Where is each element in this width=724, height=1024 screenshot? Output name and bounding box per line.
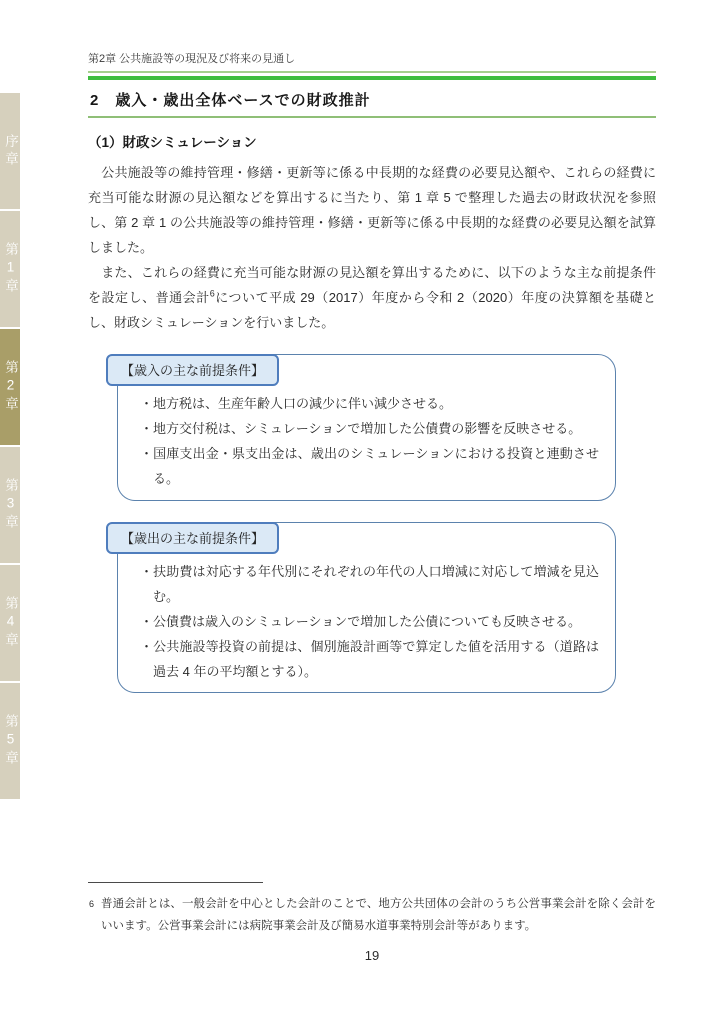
paragraph-1: 公共施設等の維持管理・修繕・更新等に係る中長期的な経費の必要見込額や、これらの経… [88, 160, 656, 260]
subsection-title: （1）財政シミュレーション [88, 131, 656, 151]
sidebar-item-chapter2-active: 第2章 [0, 329, 20, 445]
header-rule-bright [88, 76, 656, 80]
running-header: 第2章 公共施設等の現況及び将来の見通し [88, 50, 656, 66]
footnote: 6普通会計とは、一般会計を中心とした会計のことで、地方公共団体の会計のうち公営事… [88, 882, 656, 937]
expenditure-box-label: 【歳出の主な前提条件】 [106, 522, 279, 554]
sidebar-item-intro: 序章 [0, 93, 20, 209]
chapter-thumb-index: 序章 第1章 第2章 第3章 第4章 第5章 [0, 93, 52, 801]
list-item: ・扶助費は対応する年代別にそれぞれの年代の人口増減に対応して増減を見込む。 [140, 559, 599, 609]
revenue-box-label: 【歳入の主な前提条件】 [106, 354, 279, 386]
footnote-text: 6普通会計とは、一般会計を中心とした会計のことで、地方公共団体の会計のうち公営事… [88, 893, 656, 937]
footnote-body: 普通会計とは、一般会計を中心とした会計のことで、地方公共団体の会計のうち公営事業… [101, 898, 656, 932]
list-item: ・公共施設等投資の前提は、個別施設計画等で算定した値を活用する（道路は過去 4 … [140, 634, 599, 684]
document-page: 序章 第1章 第2章 第3章 第4章 第5章 第2章 公共施設等の現況及び将来の… [0, 0, 724, 1024]
header-rule-light [88, 71, 656, 73]
sidebar-item-chapter1: 第1章 [0, 211, 20, 327]
footnote-marker: 6 [89, 893, 94, 915]
content-column: 第2章 公共施設等の現況及び将来の見通し 2 歳入・歳出全体ベースでの財政推計 … [88, 0, 656, 693]
list-item: ・地方税は、生産年齢人口の減少に伴い減少させる。 [140, 391, 599, 416]
list-item: ・公債費は歳入のシミュレーションで増加した公債についても反映させる。 [140, 609, 599, 634]
revenue-assumptions-box: 【歳入の主な前提条件】 ・地方税は、生産年齢人口の減少に伴い減少させる。 ・地方… [117, 354, 616, 501]
expenditure-assumptions-box: 【歳出の主な前提条件】 ・扶助費は対応する年代別にそれぞれの年代の人口増減に対応… [117, 522, 616, 693]
paragraph-2: また、これらの経費に充当可能な財源の見込額を算出するために、以下のような主な前提… [88, 260, 656, 335]
sidebar-item-chapter5: 第5章 [0, 683, 20, 799]
list-item: ・国庫支出金・県支出金は、歳出のシミュレーションにおける投資と連動させる。 [140, 441, 599, 491]
footnote-divider [88, 882, 263, 883]
sidebar-item-chapter4: 第4章 [0, 565, 20, 681]
sidebar-item-chapter3: 第3章 [0, 447, 20, 563]
list-item: ・地方交付税は、シミュレーションで増加した公債費の影響を反映させる。 [140, 416, 599, 441]
page-number: 19 [88, 948, 656, 963]
section-title: 2 歳入・歳出全体ベースでの財政推計 [88, 87, 656, 118]
